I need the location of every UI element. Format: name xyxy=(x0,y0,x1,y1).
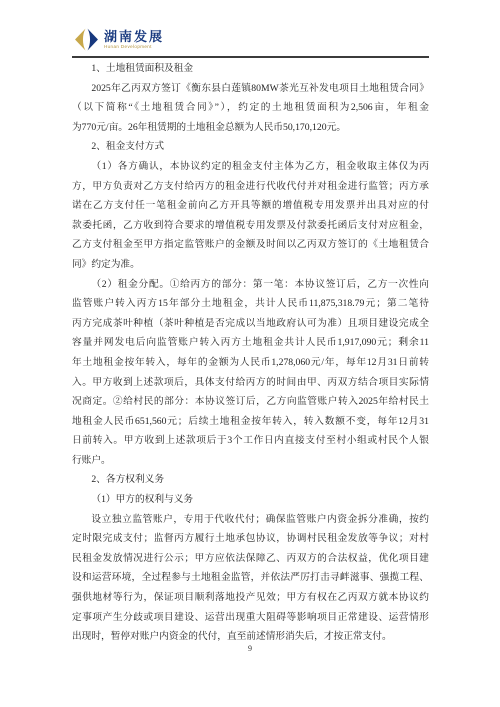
body-line: 入。甲方收到上述款项后，具体支付给丙方的时间由甲、丙双方结合项目实际情 xyxy=(72,373,429,393)
body-line: 乙方支付租金至甲方指定监管账户的金额及时间以乙丙双方签订的《土地租赁合 xyxy=(72,235,429,255)
body-line: 同》约定为准。 xyxy=(72,255,429,275)
document-body: 1、土地租赁面积及租金2025年乙丙双方签订《衡东县白莲镇80MW茶光互补发电项… xyxy=(72,59,429,647)
body-line: 日前转入。甲方收到上述款项后于3个工作日内直接支付至村小组或村民个人银 xyxy=(72,431,429,451)
body-line: 地租金人民币651,560元；后续土地租金按年转入，转入数额不变，每年12月31 xyxy=(72,412,429,432)
body-line: 款委托函，乙方收到符合要求的增值税专用发票及付款委托函后支付对应租金， xyxy=(72,216,429,236)
body-line: 诺在乙方支付任一笔租金前向乙方开具等额的增值税专用发票并出具对应的付 xyxy=(72,196,429,216)
body-line: （2）租金分配。①给丙方的部分：第一笔：本协议签订后，乙方一次性向 xyxy=(72,275,429,295)
body-line: 设立独立监管账户，专用于代收代付；确保监管账户内资金拆分准确，按约 xyxy=(72,510,429,530)
body-line: 1、土地租赁面积及租金 xyxy=(72,59,429,79)
logo-diamond-icon xyxy=(74,27,99,52)
body-line: （1）各方确认，本协议约定的租金支付主体为乙方，租金收取主体仅为丙 xyxy=(72,157,429,177)
company-logo: 湖南发展 Hunan Development xyxy=(74,27,164,52)
body-line: 况商定。②给村民的部分：本协议签订后，乙方向监管账户转入2025年给村民土 xyxy=(72,392,429,412)
body-line: 年土地租金按年转入，每年的金额为人民币1,278,060元/年，每年12月31日… xyxy=(72,353,429,373)
body-line: 定事项产生分歧或项目建设、运营出现重大阻碍等影响项目正常建设、运营情形 xyxy=(72,608,429,628)
body-line: （1）甲方的权利与义务 xyxy=(72,490,429,510)
header-divider xyxy=(72,56,429,58)
body-line: 2、各方权利义务 xyxy=(72,470,429,490)
body-line: 民租金发放情况进行公示；甲方应依法保障乙、丙双方的合法权益，优化项目建 xyxy=(72,549,429,569)
body-line: 2025年乙丙双方签订《衡东县白莲镇80MW茶光互补发电项目土地租赁合同》 xyxy=(72,79,429,99)
body-line: 定时限完成支付；监督丙方履行土地承包协议，协调村民租金发放等争议；对村 xyxy=(72,529,429,549)
body-line: 设和运营环境，全过程参与土地租金监管，并依法严厉打击寻衅滋事、强揽工程、 xyxy=(72,568,429,588)
body-line: （以下简称“《土地租赁合同》”），约定的土地租赁面积为2,506亩，年租金 xyxy=(72,98,429,118)
body-line: 容量并网发电后向监管账户转入丙方土地租金共计人民币1,917,090元；剩余11 xyxy=(72,333,429,353)
company-name-en: Hunan Development xyxy=(104,45,164,50)
body-line: 监管账户转入丙方15年部分土地租金，共计人民币11,875,318.79元；第二… xyxy=(72,294,429,314)
body-line: 强供地材等行为，保证项目顺利落地投产见效；甲方有权在乙丙双方就本协议约 xyxy=(72,588,429,608)
page-number: 9 xyxy=(0,644,500,653)
body-line: 行账户。 xyxy=(72,451,429,471)
body-line: 2、租金支付方式 xyxy=(72,137,429,157)
company-name: 湖南发展 xyxy=(104,30,164,43)
document-page: 湖南发展 Hunan Development 1、土地租赁面积及租金2025年乙… xyxy=(0,0,500,707)
body-line: 方，甲方负责对乙方支付给丙方的租金进行代收代付并对租金进行监管；丙方承 xyxy=(72,177,429,197)
body-line: 丙方完成茶叶种植（茶叶种植是否完成以当地政府认可为准）且项目建设完成全 xyxy=(72,314,429,334)
company-name-block: 湖南发展 Hunan Development xyxy=(104,30,164,49)
body-line: 为770元/亩。26年租赁期的土地租金总额为人民币50,170,120元。 xyxy=(72,118,429,138)
